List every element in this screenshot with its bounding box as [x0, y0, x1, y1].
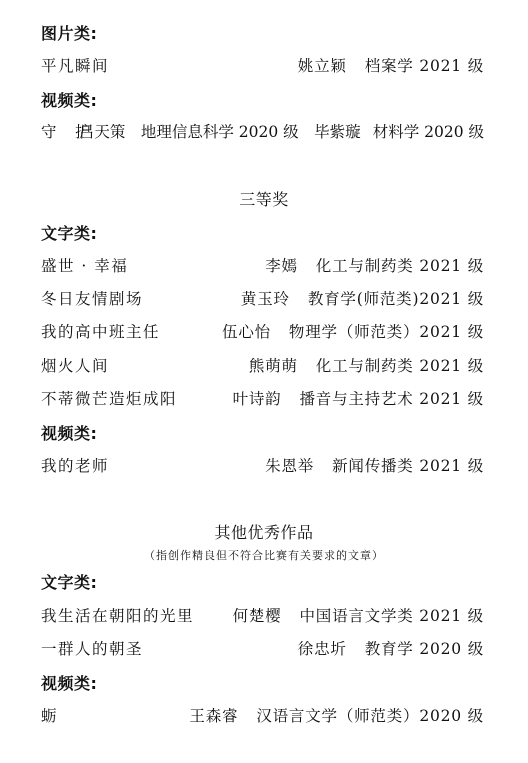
entry-row: 一群人的朝圣 徐忠圻教育学 2020 级	[41, 638, 484, 660]
entry-title: 我生活在朝阳的光里	[41, 605, 194, 627]
entry-title: 我的老师	[41, 455, 109, 477]
category-label-video: 视频类:	[41, 91, 97, 111]
entry-author: 伍心怡物理学（师范类）2021 级	[222, 321, 484, 343]
author-major: 教育学 2020 级	[365, 640, 484, 658]
author-major: 汉语言文学（师范类）2020 级	[256, 707, 484, 725]
entry-title: 平凡瞬间	[41, 55, 109, 77]
entry-author: 李嫣化工与制药类 2021 级	[265, 255, 484, 277]
author-major: 中国语言文学类 2021 级	[299, 607, 484, 625]
entry-title: 一群人的朝圣	[41, 638, 143, 660]
entry-author: 叶诗韵播音与主持艺术 2021 级	[233, 388, 484, 410]
author-name: 徐忠圻	[298, 640, 347, 658]
entry-row: 不蒂微芒造炬成阳 叶诗韵播音与主持艺术 2021 级	[41, 388, 484, 410]
section-heading-third-prize: 三等奖	[0, 190, 528, 210]
entry-title: 盛世 · 幸福	[41, 255, 128, 277]
author-name: 朱恩举	[265, 457, 314, 475]
author-name: 姚立颖	[298, 57, 347, 75]
author-major: 化工与制药类 2021 级	[316, 357, 484, 375]
author-name: 吕天策 地理信息科学 2020 级 毕紫璇	[79, 123, 361, 141]
entry-row: 我生活在朝阳的光里 何楚樱中国语言文学类 2021 级	[41, 605, 484, 627]
entry-author: 何楚樱中国语言文学类 2021 级	[233, 605, 484, 627]
category-label-video: 视频类:	[41, 674, 97, 694]
entry-author: 吕天策 地理信息科学 2020 级 毕紫璇材料学 2020 级	[79, 121, 484, 143]
entry-author: 徐忠圻教育学 2020 级	[298, 638, 484, 660]
author-major: 化工与制药类 2021 级	[316, 257, 484, 275]
category-label-image: 图片类:	[41, 24, 97, 44]
author-name: 黄玉玲	[241, 290, 290, 308]
entry-row: 蛎 王森睿汉语言文学（师范类）2020 级	[41, 705, 484, 727]
author-name: 何楚樱	[233, 607, 282, 625]
entry-author: 黄玉玲教育学(师范类)2021 级	[241, 288, 484, 310]
author-major: 教育学(师范类)2021 级	[308, 290, 484, 308]
author-major: 材料学 2020 级	[373, 123, 484, 141]
entry-title: 不蒂微芒造炬成阳	[41, 388, 177, 410]
entry-author: 熊萌萌化工与制药类 2021 级	[249, 355, 484, 377]
entry-title: 冬日友情剧场	[41, 288, 143, 310]
category-label-text: 文字类:	[41, 573, 97, 593]
entry-title: 我的高中班主任	[41, 321, 160, 343]
author-name: 熊萌萌	[249, 357, 298, 375]
author-name: 王森睿	[189, 707, 238, 725]
entry-author: 王森睿汉语言文学（师范类）2020 级	[189, 705, 484, 727]
entry-author: 朱恩举新闻传播类 2021 级	[265, 455, 484, 477]
entry-row: 平凡瞬间 姚立颖档案学 2021 级	[41, 55, 484, 77]
author-major: 新闻传播类 2021 级	[332, 457, 484, 475]
entry-row: 我的老师 朱恩举新闻传播类 2021 级	[41, 455, 484, 477]
entry-title: 蛎	[41, 705, 58, 727]
entry-row: 烟火人间 熊萌萌化工与制药类 2021 级	[41, 355, 484, 377]
author-major: 播音与主持艺术 2021 级	[299, 390, 484, 408]
author-name: 叶诗韵	[233, 390, 282, 408]
award-list-page: 图片类: 平凡瞬间 姚立颖档案学 2021 级 视频类: 守 护 吕天策 地理信…	[0, 0, 528, 763]
author-major: 物理学（师范类）2021 级	[289, 323, 484, 341]
author-name: 伍心怡	[222, 323, 271, 341]
category-label-text: 文字类:	[41, 224, 97, 244]
section-heading-other-excellent: 其他优秀作品	[0, 523, 528, 543]
entry-title: 烟火人间	[41, 355, 109, 377]
category-label-video: 视频类:	[41, 424, 97, 444]
author-major: 档案学 2021 级	[365, 57, 484, 75]
entry-row: 盛世 · 幸福 李嫣化工与制药类 2021 级	[41, 255, 484, 277]
entry-row: 我的高中班主任 伍心怡物理学（师范类）2021 级	[41, 321, 484, 343]
author-name: 李嫣	[265, 257, 298, 275]
entry-row: 冬日友情剧场 黄玉玲教育学(师范类)2021 级	[41, 288, 484, 310]
section-note: （指创作精良但不符合比赛有关要求的文章）	[0, 549, 528, 563]
entry-row: 守 护 吕天策 地理信息科学 2020 级 毕紫璇材料学 2020 级	[41, 121, 484, 143]
entry-author: 姚立颖档案学 2021 级	[298, 55, 484, 77]
